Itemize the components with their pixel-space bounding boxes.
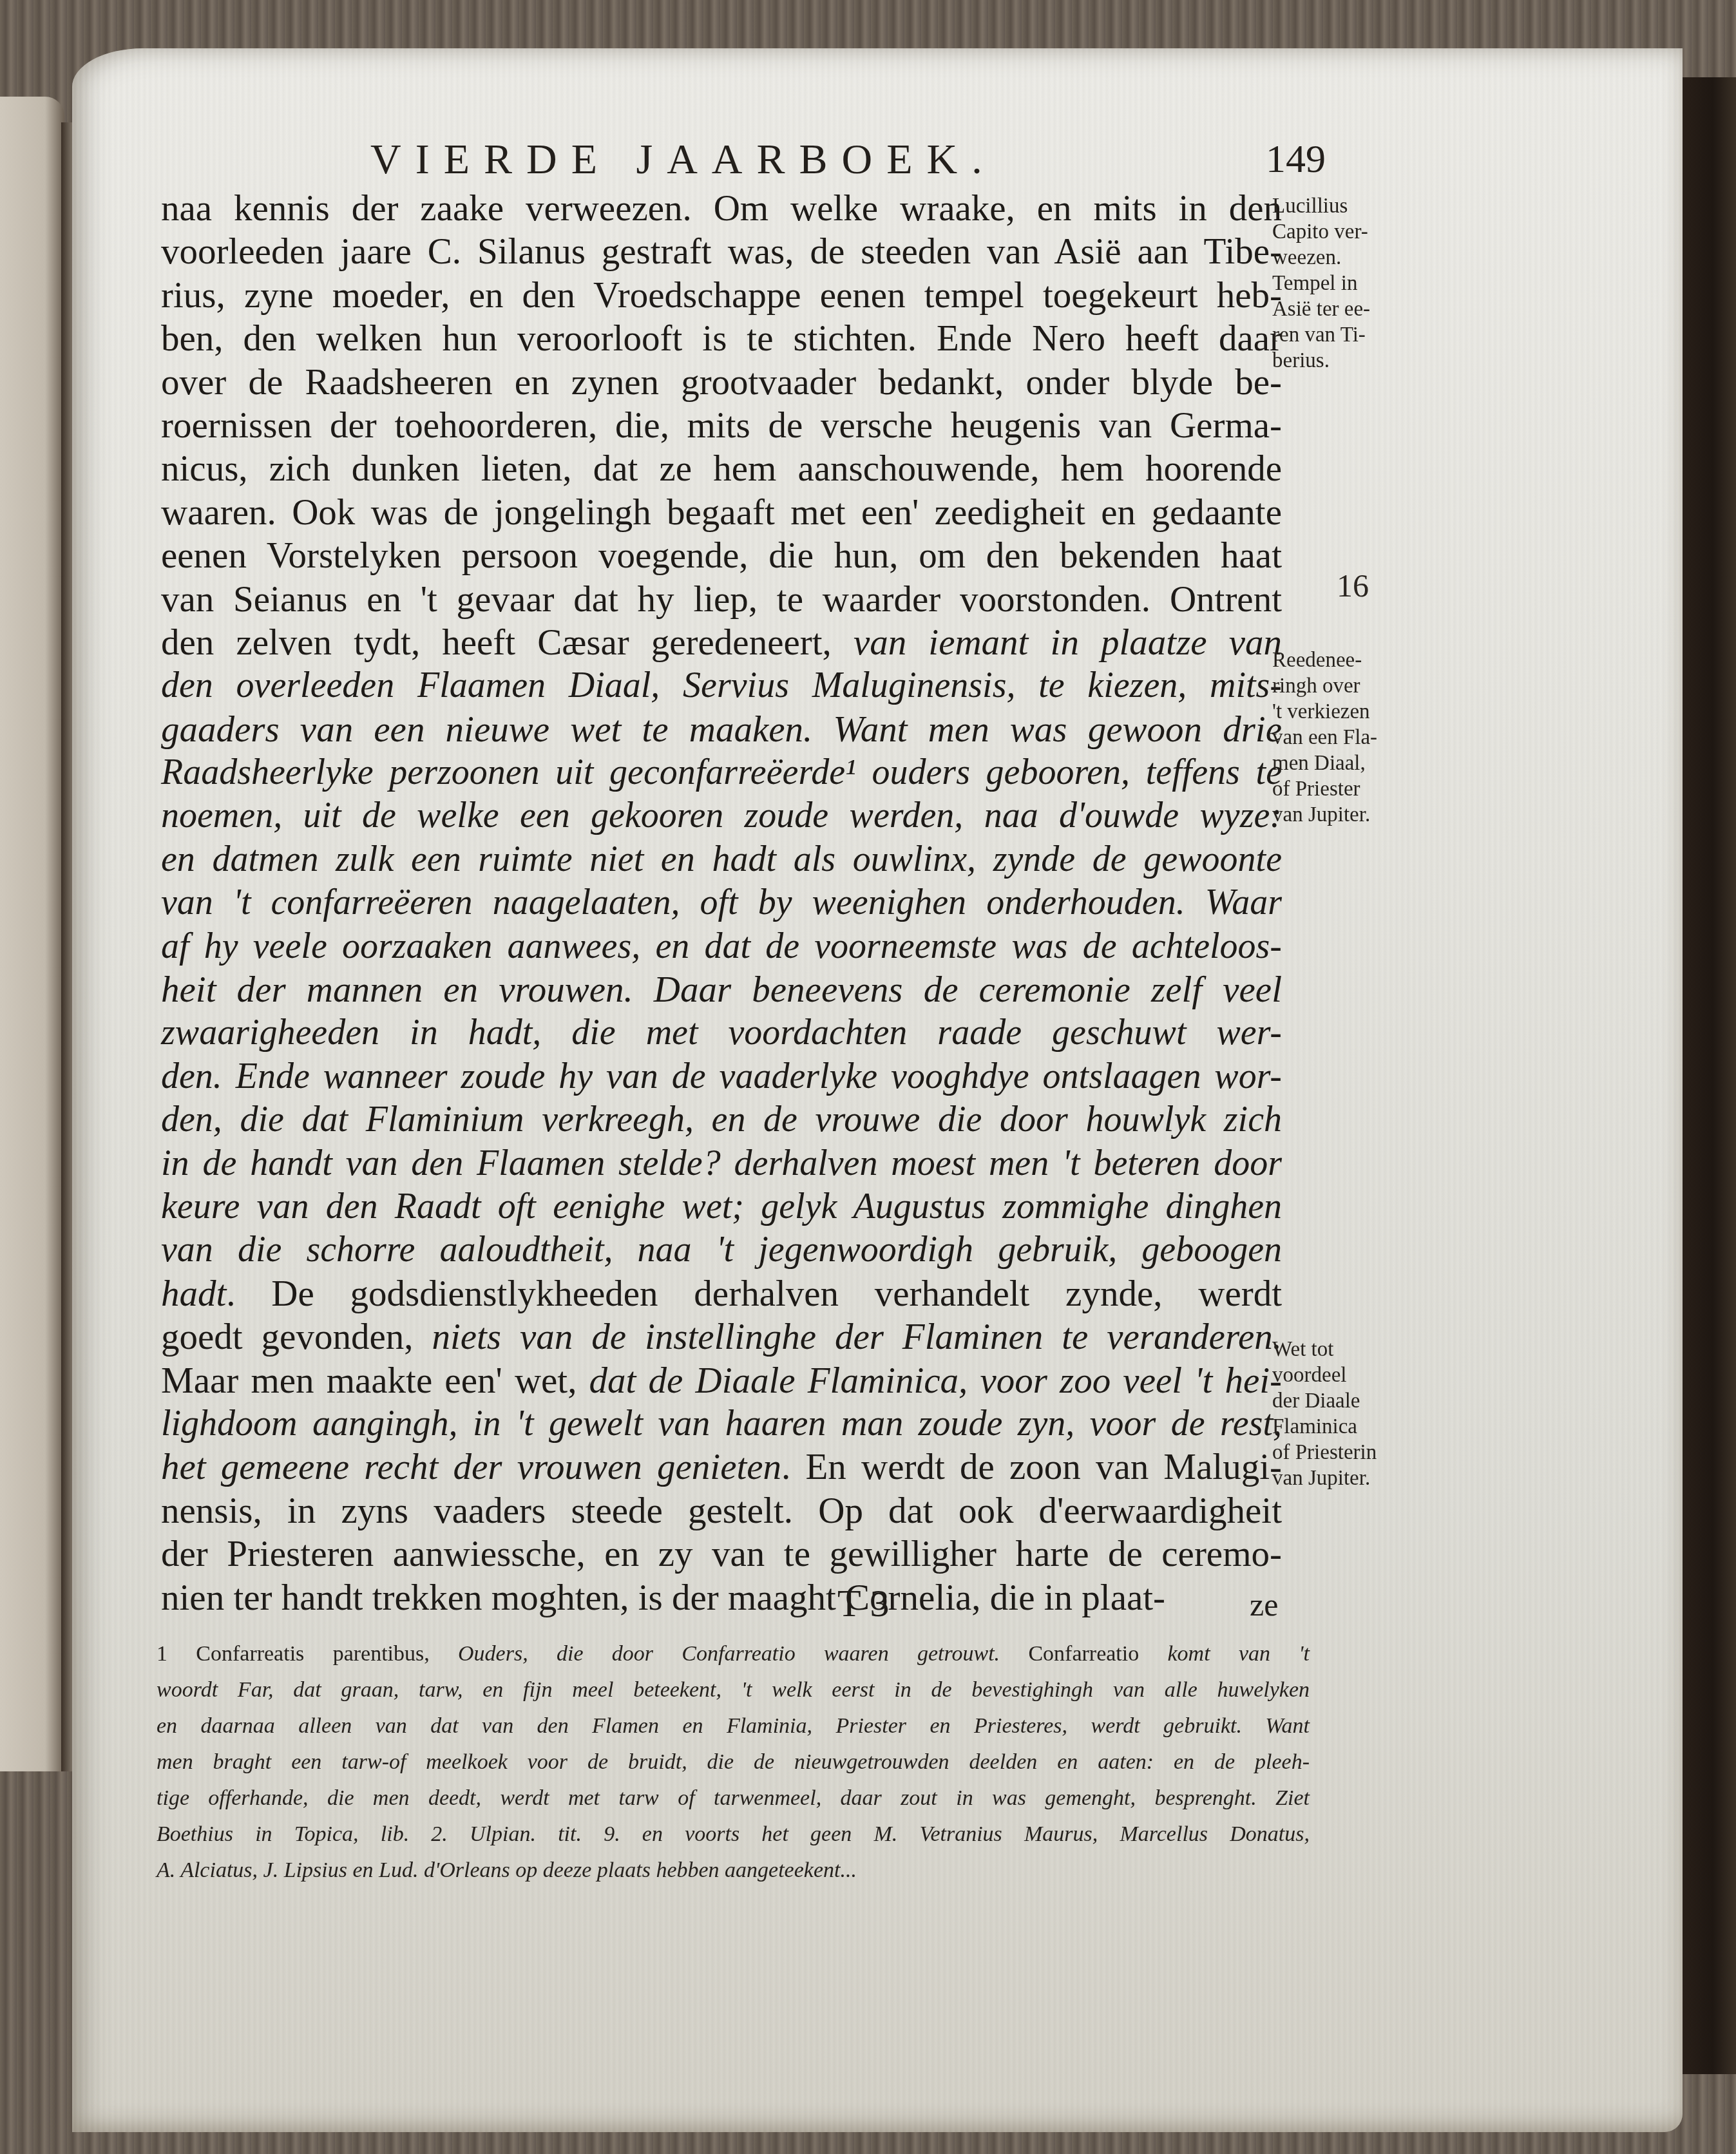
text-line: noemen, uit de welke een gekooren zoude … xyxy=(161,794,1282,837)
italic-segment: het gemeene recht der vrouwen genieten xyxy=(161,1447,781,1487)
margin-note-line: Capito ver- xyxy=(1272,219,1427,245)
text-line: naa kennis der zaake verweezen. Om welke… xyxy=(161,187,1282,230)
margin-note-wet-tot-voordeel: Wet totvoordeelder DiaaleFlaminicaof Pri… xyxy=(1272,1337,1427,1491)
text-line: der Priesteren aanwiessche, en zy van te… xyxy=(161,1532,1282,1576)
italic-segment: tige offerhande, die men deedt, werdt me… xyxy=(157,1786,1310,1810)
main-text-block: naa kennis der zaake verweezen. Om welke… xyxy=(161,187,1282,1619)
running-title: VIERDE JAARBOEK. xyxy=(370,135,997,184)
margin-note-line: ren van Ti- xyxy=(1272,322,1427,348)
footnotes: 1 Confarreatis parentibus, Ouders, die d… xyxy=(157,1636,1310,1889)
footnote-line: tige offerhande, die men deedt, werdt me… xyxy=(157,1780,1310,1816)
roman-segment: 1 Confarreatis parentibus, xyxy=(157,1642,458,1666)
text-line: over de Raadsheeren en zynen grootvaader… xyxy=(161,361,1282,404)
italic-segment: heit der mannen en vrouwen. Daar beneeve… xyxy=(161,969,1282,1010)
margin-note-line: Lucillius xyxy=(1272,193,1427,219)
text-line: nien ter handt trekken moghten, is der m… xyxy=(161,1576,1282,1619)
italic-segment: gaaders van een nieuwe wet te maaken. Wa… xyxy=(161,709,1282,750)
footnote-line: en daarnaa alleen van dat van den Flamen… xyxy=(157,1708,1310,1744)
margin-note-line: der Diaale xyxy=(1272,1388,1427,1414)
margin-note-reedeneering: Reedenee-ringh over't verkiezenvan een F… xyxy=(1272,647,1427,828)
text-line: het gemeene recht der vrouwen genieten. … xyxy=(161,1445,1282,1489)
margin-note-line: of Priester xyxy=(1272,776,1427,802)
text-line: nicus, zich dunken lieten, dat ze hem aa… xyxy=(161,447,1282,490)
text-line: goedt gevonden, niets van de instellingh… xyxy=(161,1315,1282,1358)
italic-segment: niets van de instellinghe der Flaminen t… xyxy=(432,1317,1282,1357)
italic-segment: hadt xyxy=(161,1273,226,1314)
margin-note-line: van een Fla- xyxy=(1272,725,1427,750)
text-line: den. Ende wanneer zoude hy van de vaader… xyxy=(161,1055,1282,1098)
text-line: af hy veele oorzaaken aanwees, en dat de… xyxy=(161,925,1282,968)
text-line: Raadsheerlyke perzoonen uit geconfarreëe… xyxy=(161,751,1282,794)
text-line: waaren. Ook was de jongelingh begaaft me… xyxy=(161,491,1282,534)
section-number: 16 xyxy=(1337,567,1369,604)
text-line: Maar men maakte een' wet, dat de Diaale … xyxy=(161,1359,1282,1402)
margin-note-line: ringh over xyxy=(1272,673,1427,699)
roman-segment: . De godsdienstlykheeden derhalven verha… xyxy=(226,1273,1282,1314)
text-line: van Seianus en 't gevaar dat hy liep, te… xyxy=(161,578,1282,621)
margin-note-line: Flaminica xyxy=(1272,1414,1427,1440)
running-head: VIERDE JAARBOEK. 149 xyxy=(293,135,1420,187)
margin-note-line: men Diaal, xyxy=(1272,750,1427,776)
text-line: den overleeden Flaamen Diaal, Servius Ma… xyxy=(161,664,1282,707)
text-line: keure van den Raadt oft eenighe wet; gel… xyxy=(161,1185,1282,1228)
margin-note-line: van Jupiter. xyxy=(1272,802,1427,828)
text-line: den, die dat Flaminium verkreegh, en de … xyxy=(161,1098,1282,1141)
page-number: 149 xyxy=(1266,137,1326,182)
book-fore-edge xyxy=(1678,77,1736,2074)
text-line: en datmen zulk een ruimte niet en hadt a… xyxy=(161,838,1282,881)
roman-segment: Maar men maakte een' wet, xyxy=(161,1360,589,1401)
footnote-line: Boethius in Topica, lib. 2. Ulpian. tit.… xyxy=(157,1816,1310,1853)
margin-note-line: van Jupiter. xyxy=(1272,1465,1427,1491)
text-line: zwaarigheeden in hadt, die met voordacht… xyxy=(161,1011,1282,1054)
text-line: nensis, in zyns vaaders steede gestelt. … xyxy=(161,1489,1282,1532)
italic-segment: men braght een tarw-of meelkoek voor de … xyxy=(157,1750,1310,1774)
margin-note-lucillius: LucilliusCapito ver-weezen.Tempel inAsië… xyxy=(1272,193,1427,374)
italic-segment: Boethius in Topica, lib. 2. Ulpian. tit.… xyxy=(157,1822,1310,1846)
text-line: van 't confarreëeren naagelaaten, oft by… xyxy=(161,881,1282,924)
roman-segment: den zelven tydt, heeft Cæsar geredeneert… xyxy=(161,622,854,663)
roman-segment: goedt gevonden, xyxy=(161,1317,432,1357)
text-line: gaaders van een nieuwe wet te maaken. Wa… xyxy=(161,708,1282,751)
margin-note-line: 't verkiezen xyxy=(1272,699,1427,725)
text-line: van die schorre aaloudtheit, naa 't jege… xyxy=(161,1228,1282,1272)
text-line: lighdoom aangingh, in 't gewelt van haar… xyxy=(161,1402,1282,1445)
text-line: ben, den welken hun veroorlooft is te st… xyxy=(161,317,1282,360)
italic-segment: en daarnaa alleen van dat van den Flamen… xyxy=(157,1714,1310,1738)
margin-note-line: of Priesterin xyxy=(1272,1440,1427,1465)
margin-note-line: berius. xyxy=(1272,348,1427,374)
roman-segment: . En werdt de zoon van Malugi- xyxy=(781,1447,1282,1487)
margin-note-line: Tempel in xyxy=(1272,271,1427,296)
italic-segment: woordt Far, dat graan, tarw, en fijn mee… xyxy=(157,1678,1310,1702)
margin-note-line: Asië ter ee- xyxy=(1272,296,1427,322)
margin-note-line: Reedenee- xyxy=(1272,647,1427,673)
footnote-line: woordt Far, dat graan, tarw, en fijn mee… xyxy=(157,1672,1310,1708)
text-line: in de handt van den Flaamen stelde? derh… xyxy=(161,1142,1282,1185)
text-line: roernissen der toehoorderen, die, mits d… xyxy=(161,404,1282,447)
italic-segment: Ouders, die door Confarreatio waaren get… xyxy=(458,1642,1028,1666)
text-line: rius, zyne moeder, en den Vroedschappe e… xyxy=(161,274,1282,317)
footnote-line: men braght een tarw-of meelkoek voor de … xyxy=(157,1744,1310,1780)
italic-segment: A. Alciatus, J. Lipsius en Lud. d'Orlean… xyxy=(157,1858,857,1882)
text-line: heit der mannen en vrouwen. Daar beneeve… xyxy=(161,968,1282,1011)
footnote-line: 1 Confarreatis parentibus, Ouders, die d… xyxy=(157,1636,1310,1672)
left-page-edge xyxy=(0,97,64,1771)
roman-segment: Confarreatio xyxy=(1028,1642,1167,1666)
margin-note-line: voordeel xyxy=(1272,1362,1427,1388)
italic-segment: dat de Diaale Flaminica, voor zoo veel '… xyxy=(589,1360,1282,1401)
italic-segment: komt van 't xyxy=(1168,1642,1310,1666)
text-line: voorleeden jaare C. Silanus gestraft was… xyxy=(161,230,1282,273)
catchword: ze xyxy=(1250,1586,1278,1623)
text-line: eenen Vorstelyken persoon voegende, die … xyxy=(161,534,1282,577)
footnote-line: A. Alciatus, J. Lipsius en Lud. d'Orlean… xyxy=(157,1853,1310,1889)
margin-note-line: weezen. xyxy=(1272,245,1427,271)
text-line: hadt. De godsdienstlykheeden derhalven v… xyxy=(161,1272,1282,1315)
signature-mark: T 3 xyxy=(837,1581,890,1626)
margin-note-line: Wet tot xyxy=(1272,1337,1427,1362)
italic-segment: van iemant in plaatze van xyxy=(854,622,1282,663)
text-line: den zelven tydt, heeft Cæsar geredeneert… xyxy=(161,621,1282,664)
